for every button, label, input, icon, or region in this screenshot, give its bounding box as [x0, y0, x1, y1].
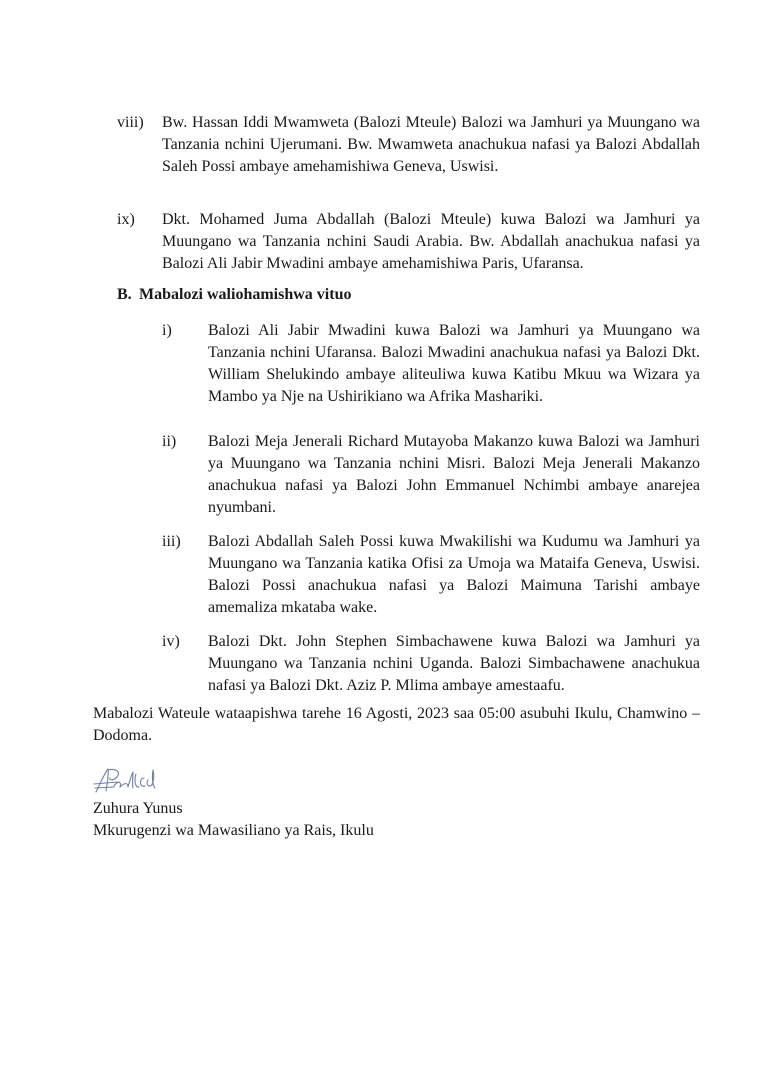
list-marker: i)	[162, 320, 208, 408]
signer-name: Zuhura Yunus	[93, 798, 374, 820]
list-item-ix: ix) Dkt. Mohamed Juma Abdallah (Balozi M…	[117, 209, 700, 275]
list-item-text: Balozi Ali Jabir Mwadini kuwa Balozi wa …	[208, 320, 700, 408]
list-item-text: Balozi Dkt. John Stephen Simbachawene ku…	[208, 631, 700, 697]
section-title: Mabalozi waliohamishwa vituo	[139, 286, 351, 303]
list-marker: ix)	[117, 209, 162, 275]
list-marker: ii)	[162, 431, 208, 519]
section-b-heading: B.Mabalozi waliohamishwa vituo	[117, 284, 351, 306]
signer-block: Zuhura Yunus Mkurugenzi wa Mawasiliano y…	[93, 798, 374, 842]
signature-icon	[92, 766, 164, 796]
list-item-text: Balozi Abdallah Saleh Possi kuwa Mwakili…	[208, 531, 700, 619]
list-item-b-ii: ii) Balozi Meja Jenerali Richard Mutayob…	[162, 431, 700, 519]
list-marker: viii)	[117, 112, 162, 178]
section-letter: B.	[117, 284, 139, 306]
list-item-viii: viii) Bw. Hassan Iddi Mwamweta (Balozi M…	[117, 112, 700, 178]
list-marker: iv)	[162, 631, 208, 697]
list-item-text: Bw. Hassan Iddi Mwamweta (Balozi Mteule)…	[162, 112, 700, 178]
list-item-b-i: i) Balozi Ali Jabir Mwadini kuwa Balozi …	[162, 320, 700, 408]
list-item-b-iv: iv) Balozi Dkt. John Stephen Simbachawen…	[162, 631, 700, 697]
list-item-text: Dkt. Mohamed Juma Abdallah (Balozi Mteul…	[162, 209, 700, 275]
list-item-b-iii: iii) Balozi Abdallah Saleh Possi kuwa Mw…	[162, 531, 700, 619]
closing-paragraph: Mabalozi Wateule wataapishwa tarehe 16 A…	[93, 703, 700, 747]
signer-title: Mkurugenzi wa Mawasiliano ya Rais, Ikulu	[93, 820, 374, 842]
list-marker: iii)	[162, 531, 208, 619]
list-item-text: Balozi Meja Jenerali Richard Mutayoba Ma…	[208, 431, 700, 519]
document-page: viii) Bw. Hassan Iddi Mwamweta (Balozi M…	[0, 0, 764, 1080]
